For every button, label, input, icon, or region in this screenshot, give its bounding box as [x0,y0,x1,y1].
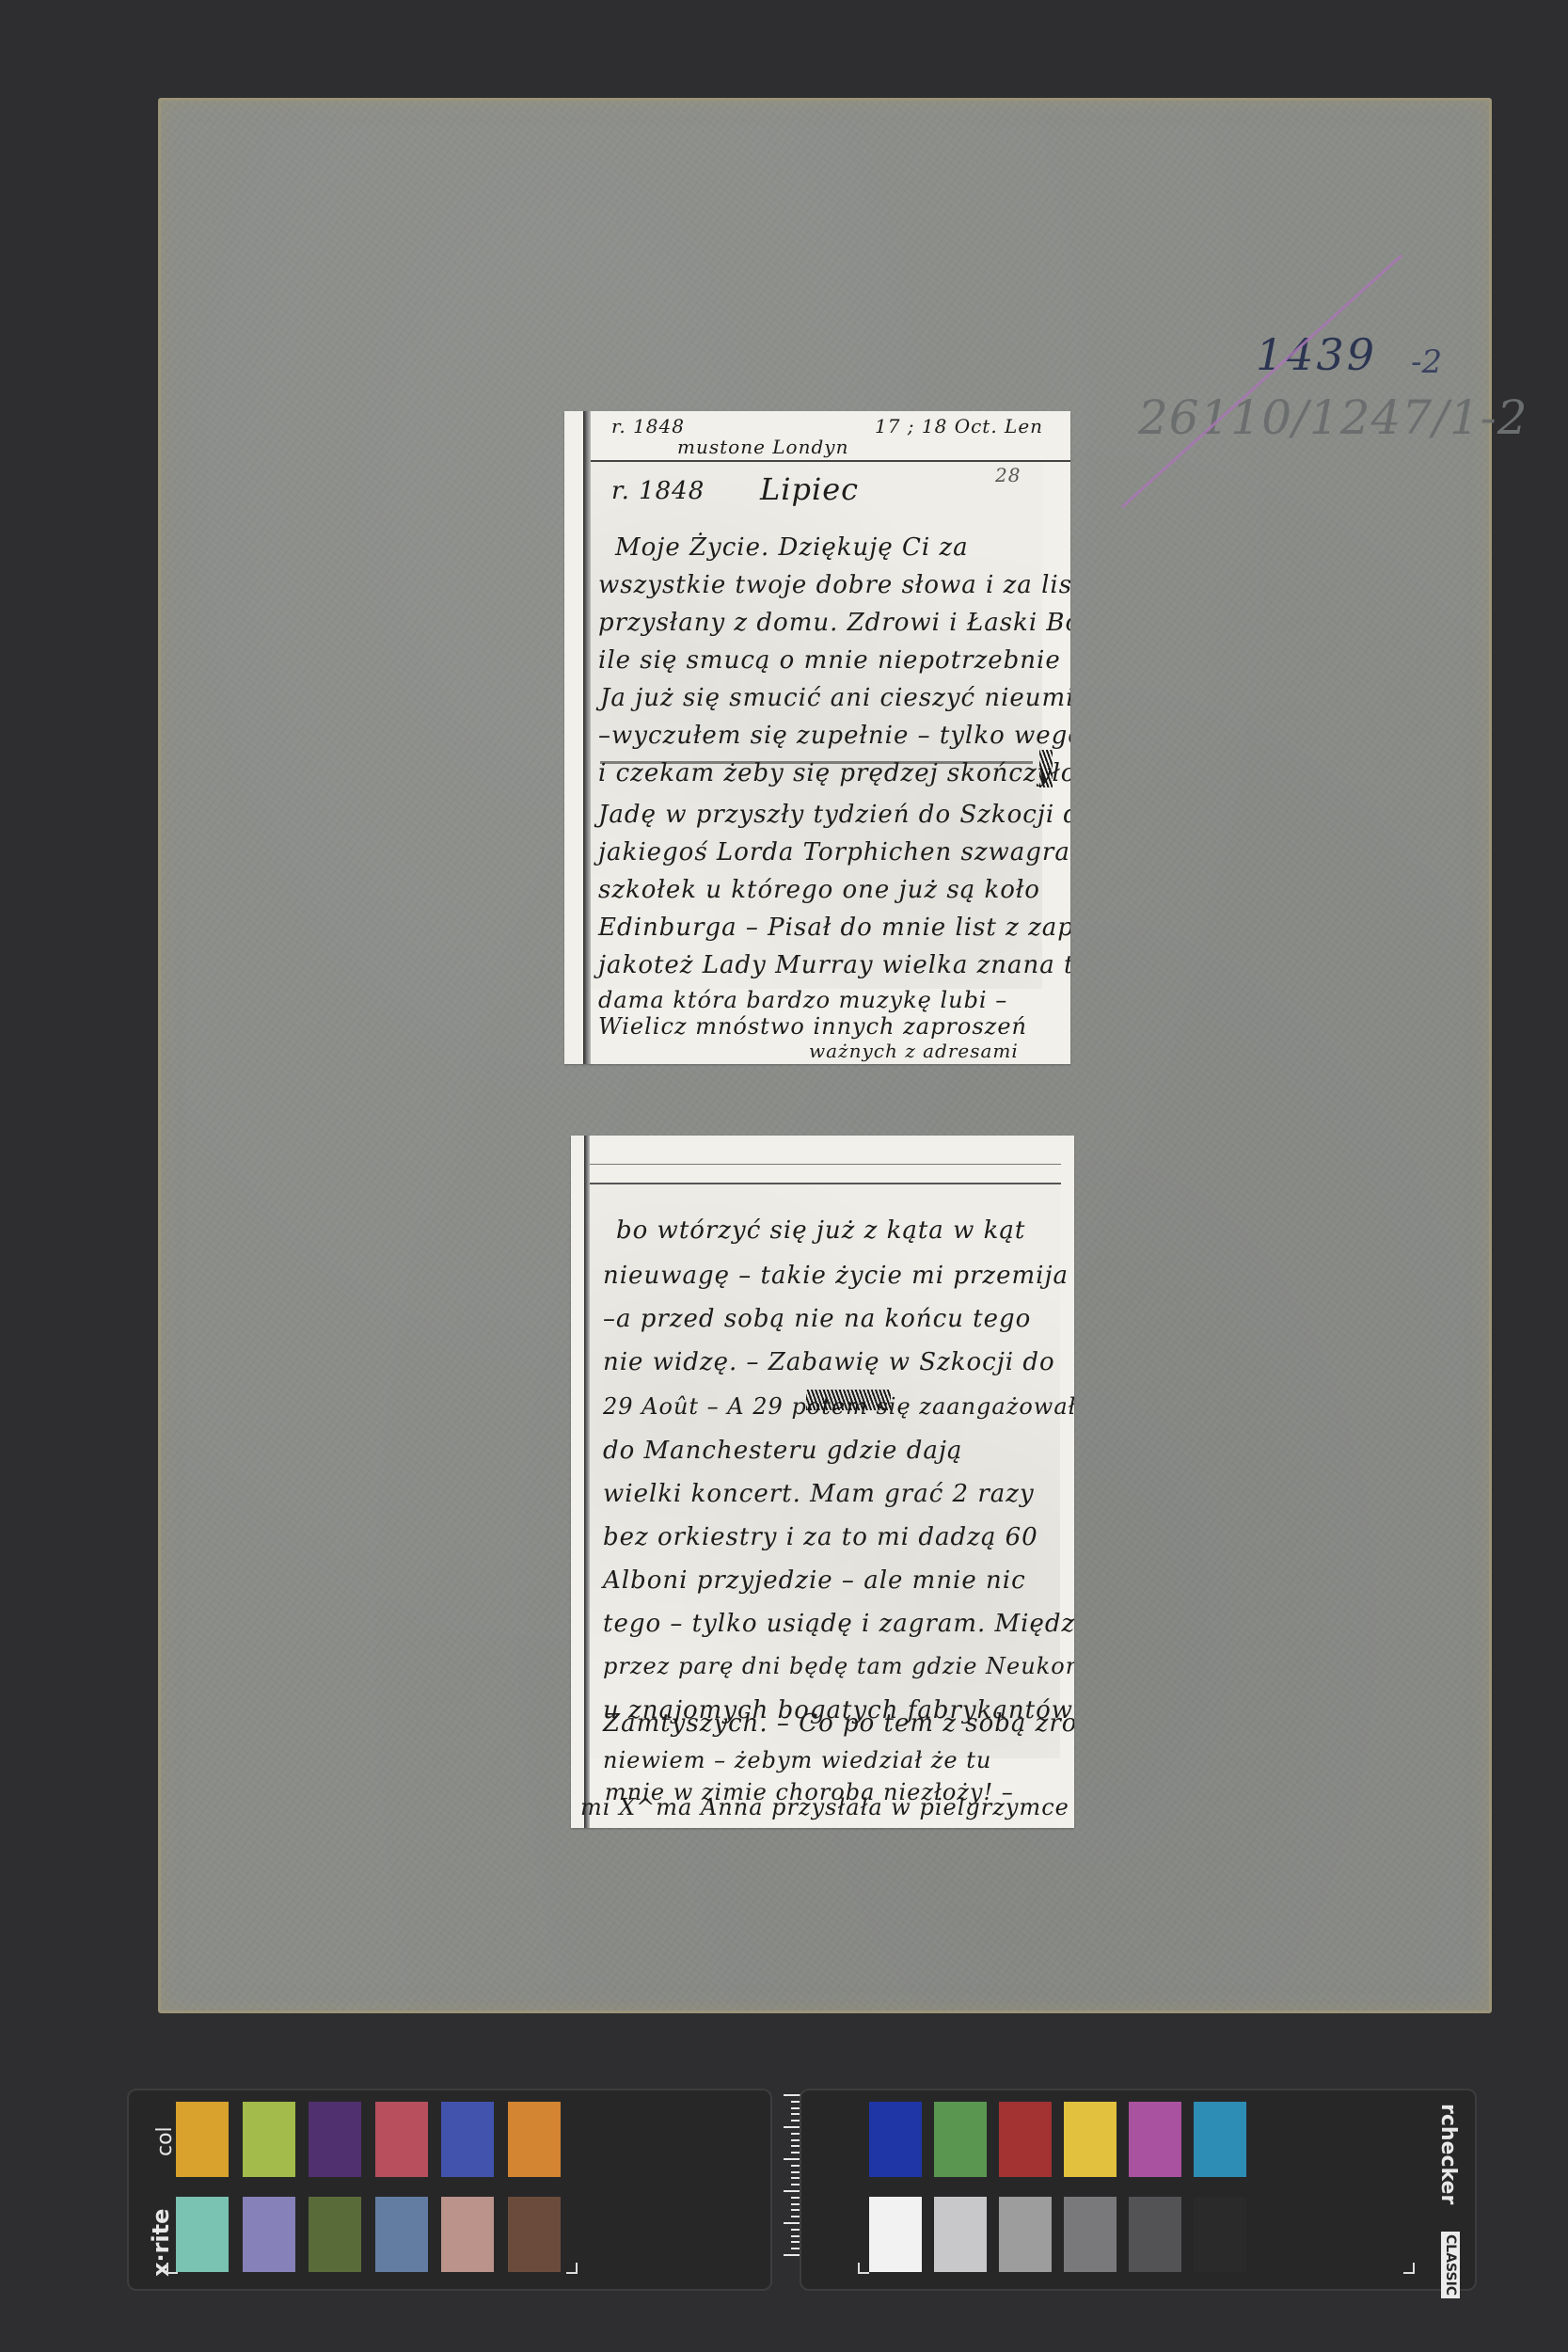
letter-sheet: bo wtórzyć się już z kąta w kąt nieuwagę… [590,1184,1060,1758]
color-swatch [869,2197,922,2272]
letter-line: –a przed sobą nie na końcu tego [603,1305,1031,1333]
color-swatch [999,2102,1052,2177]
ruler-tick [784,2190,800,2192]
letter-line: Wielicz mnóstwo innych zaproszeń [598,1013,1027,1040]
color-swatch [869,2102,922,2177]
crossed-out-word [806,1390,891,1410]
underlying-date: 17 ; 18 Oct. Len [875,415,1043,437]
color-swatch [1064,2197,1117,2272]
color-swatch [508,2102,561,2177]
letter-year: r. 1848 [611,477,705,505]
color-swatch [375,2102,428,2177]
archive-number: 1439 [1256,329,1377,380]
color-swatch [1129,2102,1181,2177]
photo-edge [583,411,591,1064]
color-swatch [1194,2102,1246,2177]
color-swatch [934,2197,987,2272]
letter-line: przez parę dni będę tam gdzie Neukomm [603,1653,1074,1679]
sheet-edge-line [584,1164,1061,1165]
letter-line: bo wtórzyć się już z kąta w kąt [616,1216,1025,1245]
letter-line: Moje Życie. Dziękuję Ci za [615,533,969,562]
checker-title-partial: col [153,2126,177,2156]
letter-line: Jadę w przyszły tydzień do Szkocji do [598,801,1070,829]
letter-line: wszystkie twoje dobre słowa i za list [598,571,1070,599]
color-swatch [375,2197,428,2272]
underlying-year: r. 1848 [611,415,685,437]
ruler-tick [784,2222,800,2224]
color-swatch [176,2197,229,2272]
ruler-tick [784,2254,800,2256]
letter-line: nie widzę. – Zabawię w Szkocji do [603,1348,1055,1376]
color-swatch [441,2102,494,2177]
letter-line: ile się smucą o mnie niepotrzebnie – [598,646,1070,675]
letter-line: niewiem – żebym wiedział że tu [603,1747,991,1773]
ruler-tick [784,2126,800,2128]
corner-mark [858,2263,869,2274]
corner-mark [566,2263,578,2274]
color-swatch [243,2102,295,2177]
color-swatch [309,2102,361,2177]
page-number: 28 [995,464,1021,486]
color-swatch [243,2197,295,2272]
letter-month: Lipiec [760,471,859,507]
letter-line: Zamtyszych. – Co po tem z sobą zrobię [603,1709,1074,1738]
corner-mark [1403,2263,1415,2274]
color-swatch [999,2197,1052,2272]
checker-title-partial: rchecker [1436,2104,1460,2204]
letter-line: Edinburga – Pisał do mnie list z zaprosz… [598,914,1070,942]
letter-line: jakiegoś Lorda Torphichen szwagra moich [598,838,1070,866]
letter-photo-1: r. 1848 mustone Londyn 17 ; 18 Oct. Len … [564,411,1070,1064]
color-swatch [1129,2197,1181,2272]
ruler-tick [784,2094,800,2096]
letter-line: przysłany z domu. Zdrowi i Łaski Boga [598,609,1070,637]
letter-line: wielki koncert. Mam grać 2 razy [603,1480,1035,1508]
color-checker-left-card: col x·rite [127,2089,772,2291]
letter-line: dama która bardzo muzykę lubi – [598,987,1007,1013]
ink-blot [1039,750,1053,787]
letter-line: –wyczułem się zupełnie – tylko wegetuję [598,722,1070,750]
color-swatch [309,2197,361,2272]
color-swatch [1064,2102,1117,2177]
color-swatch [508,2197,561,2272]
letter-sheet: 28 r. 1848 Lipiec Moje Życie. Dziękuję C… [591,462,1042,989]
color-swatch [441,2197,494,2272]
letter-line: jakoteż Lady Murray wielka znana tam [598,951,1070,979]
ruler-tick [784,2158,800,2160]
color-swatch [1194,2197,1246,2272]
archive-number-suffix: -2 [1411,343,1442,381]
letter-line: Alboni przyjedzie – ale mnie nic [603,1566,1026,1595]
letter-line: do Manchesteru gdzie dają [603,1437,962,1465]
letter-line: ważnych z adresami [809,1040,1019,1062]
underlying-footer: mi X^ma Anna przysłała w pielgrzymce [580,1794,1069,1820]
color-swatch [176,2102,229,2177]
classic-badge: CLASSIC [1441,2232,1460,2298]
color-swatch [934,2102,987,2177]
letter-line: i czekam żeby się prędzej skończyło. [598,759,1070,787]
color-checker-right-card: rchecker CLASSIC [800,2089,1477,2291]
letter-line: Ja już się smucić ani cieszyć nieumiem [600,684,1070,712]
letter-line: tego – tylko usiądę i zagram. Między [603,1610,1074,1638]
letter-line: bez orkiestry i za to mi dadzą 60 [603,1523,1038,1551]
letter-line: szkołek u którego one już są koło [598,876,1040,904]
underlying-place: mustone Londyn [677,436,848,458]
letter-line: nieuwagę – takie życie mi przemija [603,1262,1069,1290]
letter-photo-2: bo wtórzyć się już z kąta w kąt nieuwagę… [571,1136,1074,1828]
